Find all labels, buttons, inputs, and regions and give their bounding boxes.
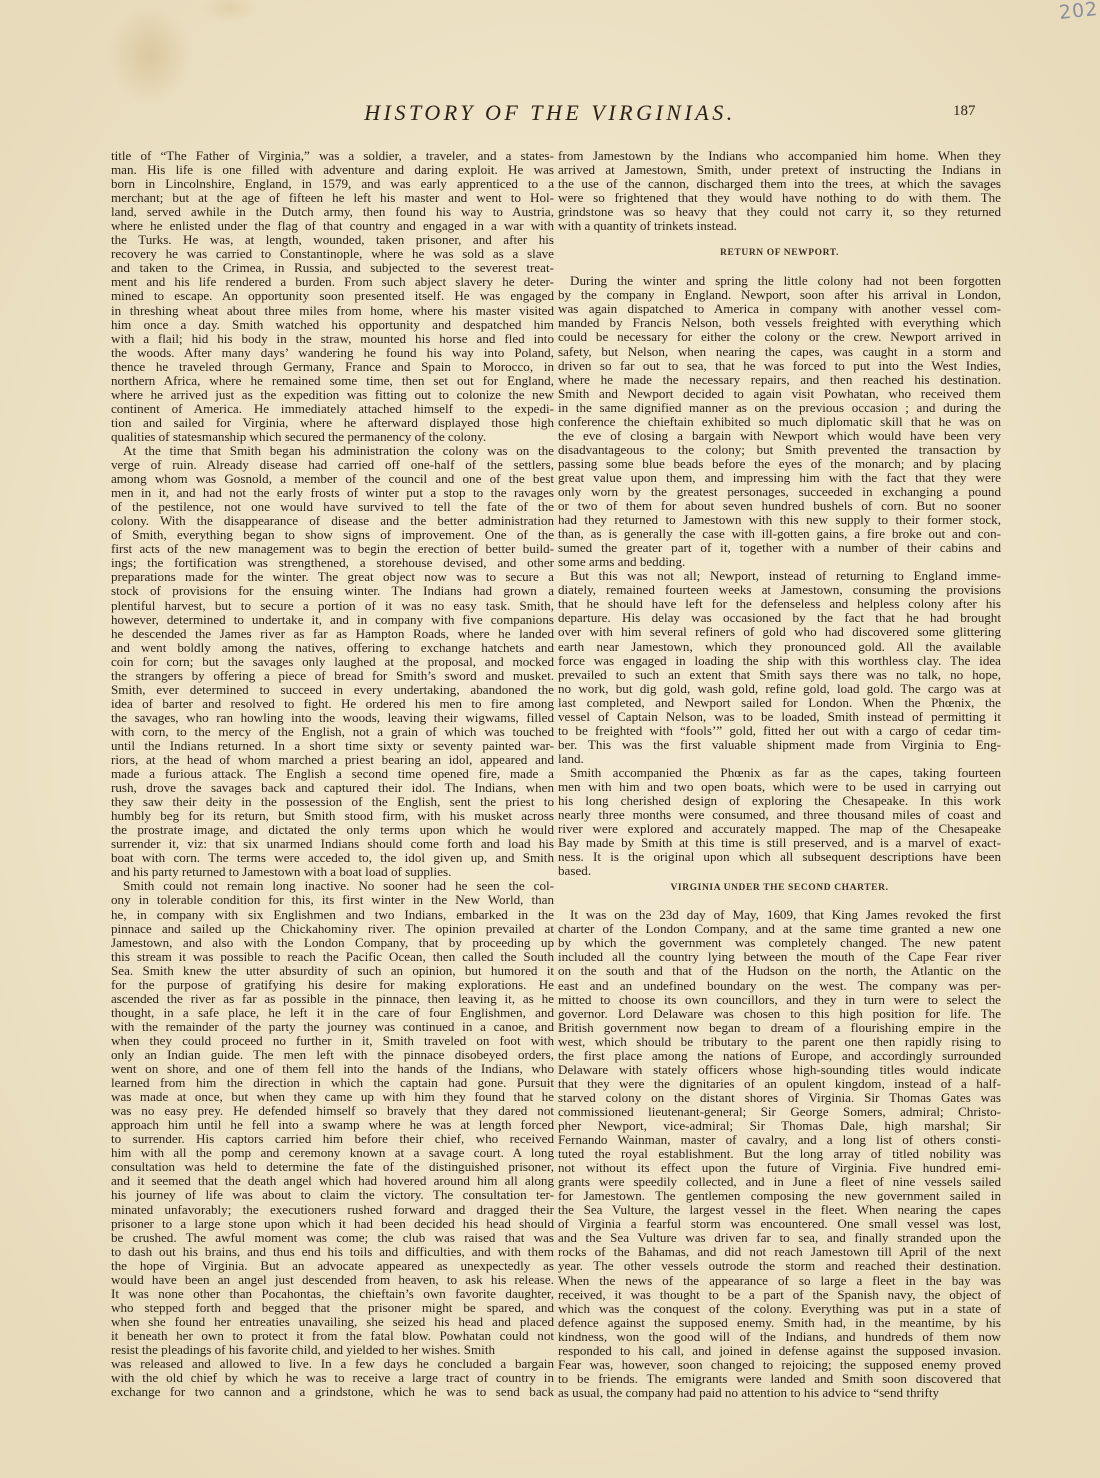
text-line: surrender it, viz: that six unarmed Indi… xyxy=(111,837,554,851)
text-line: year. The other vessels outrode the stor… xyxy=(558,1259,1001,1273)
text-line: the eve of closing a bargain with Newpor… xyxy=(558,429,1001,443)
text-line: colony. With the disappearance of diseas… xyxy=(111,514,554,528)
text-line: with the remainder of the party the jour… xyxy=(111,1020,554,1034)
text-line: where he enlisted under the flag of that… xyxy=(111,219,554,233)
text-line: charter of the London Company, and at th… xyxy=(558,922,1001,936)
text-line: rocks of the Bahamas, and did not reach … xyxy=(558,1245,1001,1259)
text-line: to be freighted with “fools’” gold, fitt… xyxy=(558,724,1001,738)
text-line: ment and his life rendered a burden. Fro… xyxy=(111,275,554,289)
text-line: he descended the James river as far as H… xyxy=(111,627,554,641)
text-line: land, served awhile in the Dutch army, t… xyxy=(111,205,554,219)
text-line: responded to his call, and joined in def… xyxy=(558,1344,1001,1358)
section-return-of-newport: During the winter and spring the little … xyxy=(558,268,1001,878)
text-line: last completed, and Newport sailed for L… xyxy=(558,696,1001,710)
text-line: coin for corn; but the savages only laug… xyxy=(111,655,554,669)
text-line: pinnace and sailed up the Chickahominy r… xyxy=(111,922,554,936)
text-line: Smith and Newport decided to again visit… xyxy=(558,387,1001,401)
text-line: this stream it was possible to reach the… xyxy=(111,950,554,964)
text-line: they saw their deity in the possession o… xyxy=(111,795,554,809)
text-line: mined to escape. An opportunity soon pre… xyxy=(111,289,554,303)
text-line: only an Indian guide. The men left with … xyxy=(111,1048,554,1062)
text-line: arrived at Jamestown, Smith, under prete… xyxy=(558,163,1001,177)
text-line: conference the chieftain exhibited so mu… xyxy=(558,415,1001,429)
text-line: the first place among the nations of Eur… xyxy=(558,1049,1001,1063)
text-line: and the Sea Vulture was driven far to se… xyxy=(558,1231,1001,1245)
text-line: him with all the pomp and ceremony known… xyxy=(111,1146,554,1160)
text-line: the prostrate image, and dictated the on… xyxy=(111,823,554,837)
text-line: of Smith, everything began to show signs… xyxy=(111,528,554,542)
text-line: force was engaged in loading the ship wi… xyxy=(558,654,1001,668)
text-line: preparations made for the winter. The gr… xyxy=(111,570,554,584)
text-line: of Virginia a fearful storm was encounte… xyxy=(558,1217,1001,1231)
text-line: manded by Francis Nelson, both vessels f… xyxy=(558,316,1001,330)
text-line: Sea. Smith knew the utter absurdity of s… xyxy=(111,964,554,978)
text-line: At the time that Smith began his adminis… xyxy=(111,444,554,458)
text-line: northern Africa, where he remained some … xyxy=(111,374,554,388)
text-line: born in Lincolnshire, England, in 1579, … xyxy=(111,177,554,191)
text-line: safety, but Nelson, when nearing the cap… xyxy=(558,345,1001,359)
text-line: from Jamestown by the Indians who accomp… xyxy=(558,149,1001,163)
text-line: British government now began to dream of… xyxy=(558,1021,1001,1035)
text-line: where he made the necessary repairs, and… xyxy=(558,373,1001,387)
text-line: no work, but dig gold, wash gold, refine… xyxy=(558,682,1001,696)
text-line: east and an undefined boundary on the we… xyxy=(558,979,1001,993)
text-line: qualities of statesmanship which secured… xyxy=(111,430,554,444)
text-line: was no easy prey. He defended himself so… xyxy=(111,1104,554,1118)
intro-paragraph: from Jamestown by the Indians who accomp… xyxy=(558,149,1001,233)
text-line: based. xyxy=(558,864,1001,878)
page-number: 187 xyxy=(953,103,976,120)
text-line: Bay made by Smith at this time is still … xyxy=(558,836,1001,850)
text-line: men with him and two open boats, which w… xyxy=(558,780,1001,794)
text-line: passing some blue beads before the eyes … xyxy=(558,457,1001,471)
text-line: with corn, to the mercy of the English, … xyxy=(111,725,554,739)
book-page: 202 HISTORY OF THE VIRGINIAS. 187 title … xyxy=(0,0,1100,1478)
text-line: plentiful harvest, but to secure a porti… xyxy=(111,599,554,613)
text-line: Fear was, however, soon changed to rejoi… xyxy=(558,1358,1001,1372)
text-line: riors, at the head of whom marched a pri… xyxy=(111,753,554,767)
text-line: went on shore, and one of them fell into… xyxy=(111,1062,554,1076)
text-line: the Sea Vulture, the largest vessel in t… xyxy=(558,1203,1001,1217)
text-line: him once a day. Smith watched his opport… xyxy=(111,318,554,332)
text-line: rush, drove the savages back and capture… xyxy=(111,781,554,795)
text-line: learned from him the direction in which … xyxy=(111,1076,554,1090)
text-line: to dash out his brains, and thus end his… xyxy=(111,1245,554,1259)
text-line: not without its effect upon the future o… xyxy=(558,1161,1001,1175)
text-line: were so frightened that they would have … xyxy=(558,191,1001,205)
text-line: tuted the royal establishment. But the l… xyxy=(558,1147,1001,1161)
text-line: with a flail; hid his body in the straw,… xyxy=(111,332,554,346)
text-line: the Turks. He was, at length, wounded, t… xyxy=(111,233,554,247)
text-line: in threshing wheat about three miles fro… xyxy=(111,304,554,318)
text-line: for Jamestown. The gentlemen composing t… xyxy=(558,1189,1001,1203)
text-line: and it seemed that the death angel which… xyxy=(111,1174,554,1188)
text-line: Delaware with stately officers whose hig… xyxy=(558,1063,1001,1077)
text-line: than, as is generally the case with ill-… xyxy=(558,527,1001,541)
text-line: included all the country lying between t… xyxy=(558,950,1001,964)
text-line: was released and allowed to live. In a f… xyxy=(111,1357,554,1371)
text-line: exchange for two cannon and a grindstone… xyxy=(111,1385,554,1399)
text-line: to surrender. His captors carried him be… xyxy=(111,1132,554,1146)
text-line: among whom was Gosnold, a member of the … xyxy=(111,472,554,486)
text-line: and went boldly among the natives, offer… xyxy=(111,641,554,655)
text-line: Fernando Wainman, master of cavalry, and… xyxy=(558,1133,1001,1147)
text-line: ony in tolerable condition for this, its… xyxy=(111,893,554,907)
text-line: continent of America. He immediately att… xyxy=(111,402,554,416)
text-line: over with him several refiners of gold w… xyxy=(558,625,1001,639)
text-line: nearly three months were consumed, and t… xyxy=(558,808,1001,822)
text-line: made a furious attack. The English a sec… xyxy=(111,767,554,781)
section-second-charter: It was on the 23d day of May, 1609, that… xyxy=(558,901,1001,1400)
text-line: tion and sailed for Virginia, where he a… xyxy=(111,416,554,430)
text-line: defence against the supposed enemy. Smit… xyxy=(558,1316,1001,1330)
text-line: mitted to choose its own councillors, an… xyxy=(558,993,1001,1007)
text-line: resist the pleadings of his favorite chi… xyxy=(111,1343,554,1357)
text-line: by the company in England. Newport, soon… xyxy=(558,288,1001,302)
text-line: verge of ruin. Already disease had carri… xyxy=(111,458,554,472)
text-line: was again dispatched to America in compa… xyxy=(558,302,1001,316)
text-line: driven so far out to sea, that he was fo… xyxy=(558,359,1001,373)
text-line: ascended the river as far as possible in… xyxy=(111,992,554,1006)
text-line: his long cherished design of exploring t… xyxy=(558,794,1001,808)
text-line: idea of barter and resolved to fight. He… xyxy=(111,697,554,711)
text-line: merchant; but at the age of fifteen he l… xyxy=(111,191,554,205)
text-line: the woods. After many days’ wandering he… xyxy=(111,346,554,360)
text-line: when she found her entreaties unavailing… xyxy=(111,1315,554,1329)
section-heading-return-of-newport: RETURN OF NEWPORT. xyxy=(558,233,1001,268)
text-line: where he arrived just as the expedition … xyxy=(111,388,554,402)
text-line: earth near Jamestown, which they pronoun… xyxy=(558,640,1001,654)
right-text-column: from Jamestown by the Indians who accomp… xyxy=(558,149,1001,1400)
text-line: the use of the cannon, discharged them i… xyxy=(558,177,1001,191)
text-line: to be friends. The emigrants were landed… xyxy=(558,1372,1001,1386)
text-line: could be necessary for either the colony… xyxy=(558,330,1001,344)
text-line: and taken to the Crimea, in Russia, and … xyxy=(111,261,554,275)
text-line: who stepped forth and begged that the pr… xyxy=(111,1301,554,1315)
text-line: which was the conquest of the colony. Ev… xyxy=(558,1302,1001,1316)
text-line: title of “The Father of Virginia,” was a… xyxy=(111,149,554,163)
text-line: pher Newport, vice-admiral; Sir Thomas D… xyxy=(558,1119,1001,1133)
text-line: with the old chief by which he was to re… xyxy=(111,1371,554,1385)
text-line: It was on the 23d day of May, 1609, that… xyxy=(558,908,1001,922)
text-line: it beneath her own to protect it from th… xyxy=(111,1329,554,1343)
text-line: thought, in a safe place, he left it in … xyxy=(111,1006,554,1020)
text-line: sumed the greater part of it, together w… xyxy=(558,541,1001,555)
text-line: the hope of Virginia. But an advocate ap… xyxy=(111,1259,554,1273)
text-line: But this was not all; Newport, instead o… xyxy=(558,569,1001,583)
text-line: until the Indians returned. In a short t… xyxy=(111,739,554,753)
text-line: and his party returned to Jamestown with… xyxy=(111,865,554,879)
text-line: kindness, won the good will of the India… xyxy=(558,1330,1001,1344)
text-line: Jamestown, and also with the London Comp… xyxy=(111,936,554,950)
text-line: or two of them for about seven hundred b… xyxy=(558,499,1001,513)
text-line: ber. This was the first valuable shipmen… xyxy=(558,738,1001,752)
left-text-column: title of “The Father of Virginia,” was a… xyxy=(111,149,554,1399)
text-line: prisoner to a large stone upon which it … xyxy=(111,1217,554,1231)
text-line: only worn by the greatest personages, su… xyxy=(558,485,1001,499)
text-line: with a quantity of trinkets instead. xyxy=(558,219,1001,233)
text-line: consultation was held to determine the f… xyxy=(111,1160,554,1174)
text-line: by which the government was completely c… xyxy=(558,936,1001,950)
text-line: had they returned to Jamestown with this… xyxy=(558,513,1001,527)
text-line: men in it, and had not the early frosts … xyxy=(111,486,554,500)
text-line: would have been an angel just descended … xyxy=(111,1273,554,1287)
text-line: approach him until he fell into a swamp … xyxy=(111,1118,554,1132)
text-line: boat with corn. The terms were acceded t… xyxy=(111,851,554,865)
text-line: grindstone was so heavy that they could … xyxy=(558,205,1001,219)
text-line: be crushed. The awful moment was come; t… xyxy=(111,1231,554,1245)
text-line: when they could proceed no further in it… xyxy=(111,1034,554,1048)
text-line: received, it was thought to be a part of… xyxy=(558,1288,1001,1302)
section-heading-second-charter: VIRGINIA UNDER THE SECOND CHARTER. xyxy=(558,878,1001,901)
text-line: Smith accompanied the Phœnix as far as t… xyxy=(558,766,1001,780)
text-line: of the pestilence, not one would have su… xyxy=(111,500,554,514)
text-line: When the news of the appearance of so la… xyxy=(558,1274,1001,1288)
text-line: river were explored and accurately mappe… xyxy=(558,822,1001,836)
text-line: that he should have left for the defense… xyxy=(558,597,1001,611)
running-head-title: HISTORY OF THE VIRGINIAS. xyxy=(0,100,1100,126)
text-line: his journey of life was about to claim t… xyxy=(111,1188,554,1202)
text-line: ness. It is the original upon which all … xyxy=(558,850,1001,864)
text-line: as usual, the company had paid no attent… xyxy=(558,1386,1001,1400)
text-line: that they were the dignitaries of an opu… xyxy=(558,1077,1001,1091)
text-line: commissioned lieutenant-general; Sir Geo… xyxy=(558,1105,1001,1119)
text-line: ings; the fortification was strengthened… xyxy=(111,556,554,570)
text-line: Smith could not remain long inactive. No… xyxy=(111,879,554,893)
text-line: the savages, who ran howling into the wo… xyxy=(111,711,554,725)
text-line: prevailed to such an extent that Smith s… xyxy=(558,668,1001,682)
text-line: diately, remained fourteen weeks at Jame… xyxy=(558,583,1001,597)
text-line: the strangers by offering a piece of bre… xyxy=(111,669,554,683)
text-line: in the same dignified manner as on the p… xyxy=(558,401,1001,415)
text-line: on the south and that of the Hudson on t… xyxy=(558,964,1001,978)
text-line: starved colony on the distant shores of … xyxy=(558,1091,1001,1105)
text-line: minated unfavorably; the executioners ru… xyxy=(111,1203,554,1217)
text-line: disadvantageous to the colony; but Smith… xyxy=(558,443,1001,457)
text-line: land. xyxy=(558,752,1001,766)
text-line: however, determined to undertake it, and… xyxy=(111,613,554,627)
text-line: thence he traveled through Germany, Fran… xyxy=(111,360,554,374)
text-line: Smith, ever determined to succeed in eve… xyxy=(111,683,554,697)
text-line: recovery he was carried to Constantinopl… xyxy=(111,247,554,261)
text-line: was made at once, but when they came up … xyxy=(111,1090,554,1104)
text-line: departure. His delay was occasioned by t… xyxy=(558,611,1001,625)
text-line: humbly beg for its return, but Smith sto… xyxy=(111,809,554,823)
text-line: vessel of Captain Nelson, was to be load… xyxy=(558,710,1001,724)
text-line: he, in company with six Englishmen and t… xyxy=(111,908,554,922)
text-line: for the purpose of gratifying his desire… xyxy=(111,978,554,992)
text-line: stock of provisions for the ensuing wint… xyxy=(111,584,554,598)
text-line: some arms and bedding. xyxy=(558,555,1001,569)
text-line: During the winter and spring the little … xyxy=(558,274,1001,288)
text-line: great value upon them, and impressing hi… xyxy=(558,471,1001,485)
text-line: west, which should be tributary to the p… xyxy=(558,1035,1001,1049)
text-line: It was none other than Pocahontas, the c… xyxy=(111,1287,554,1301)
text-line: grants were speedily collected, and in J… xyxy=(558,1175,1001,1189)
handwritten-page-mark: 202 xyxy=(1058,0,1099,24)
text-line: first acts of the new management was to … xyxy=(111,542,554,556)
text-line: governor. Lord Delaware was chosen to th… xyxy=(558,1007,1001,1021)
text-line: man. His life is one filled with adventu… xyxy=(111,163,554,177)
